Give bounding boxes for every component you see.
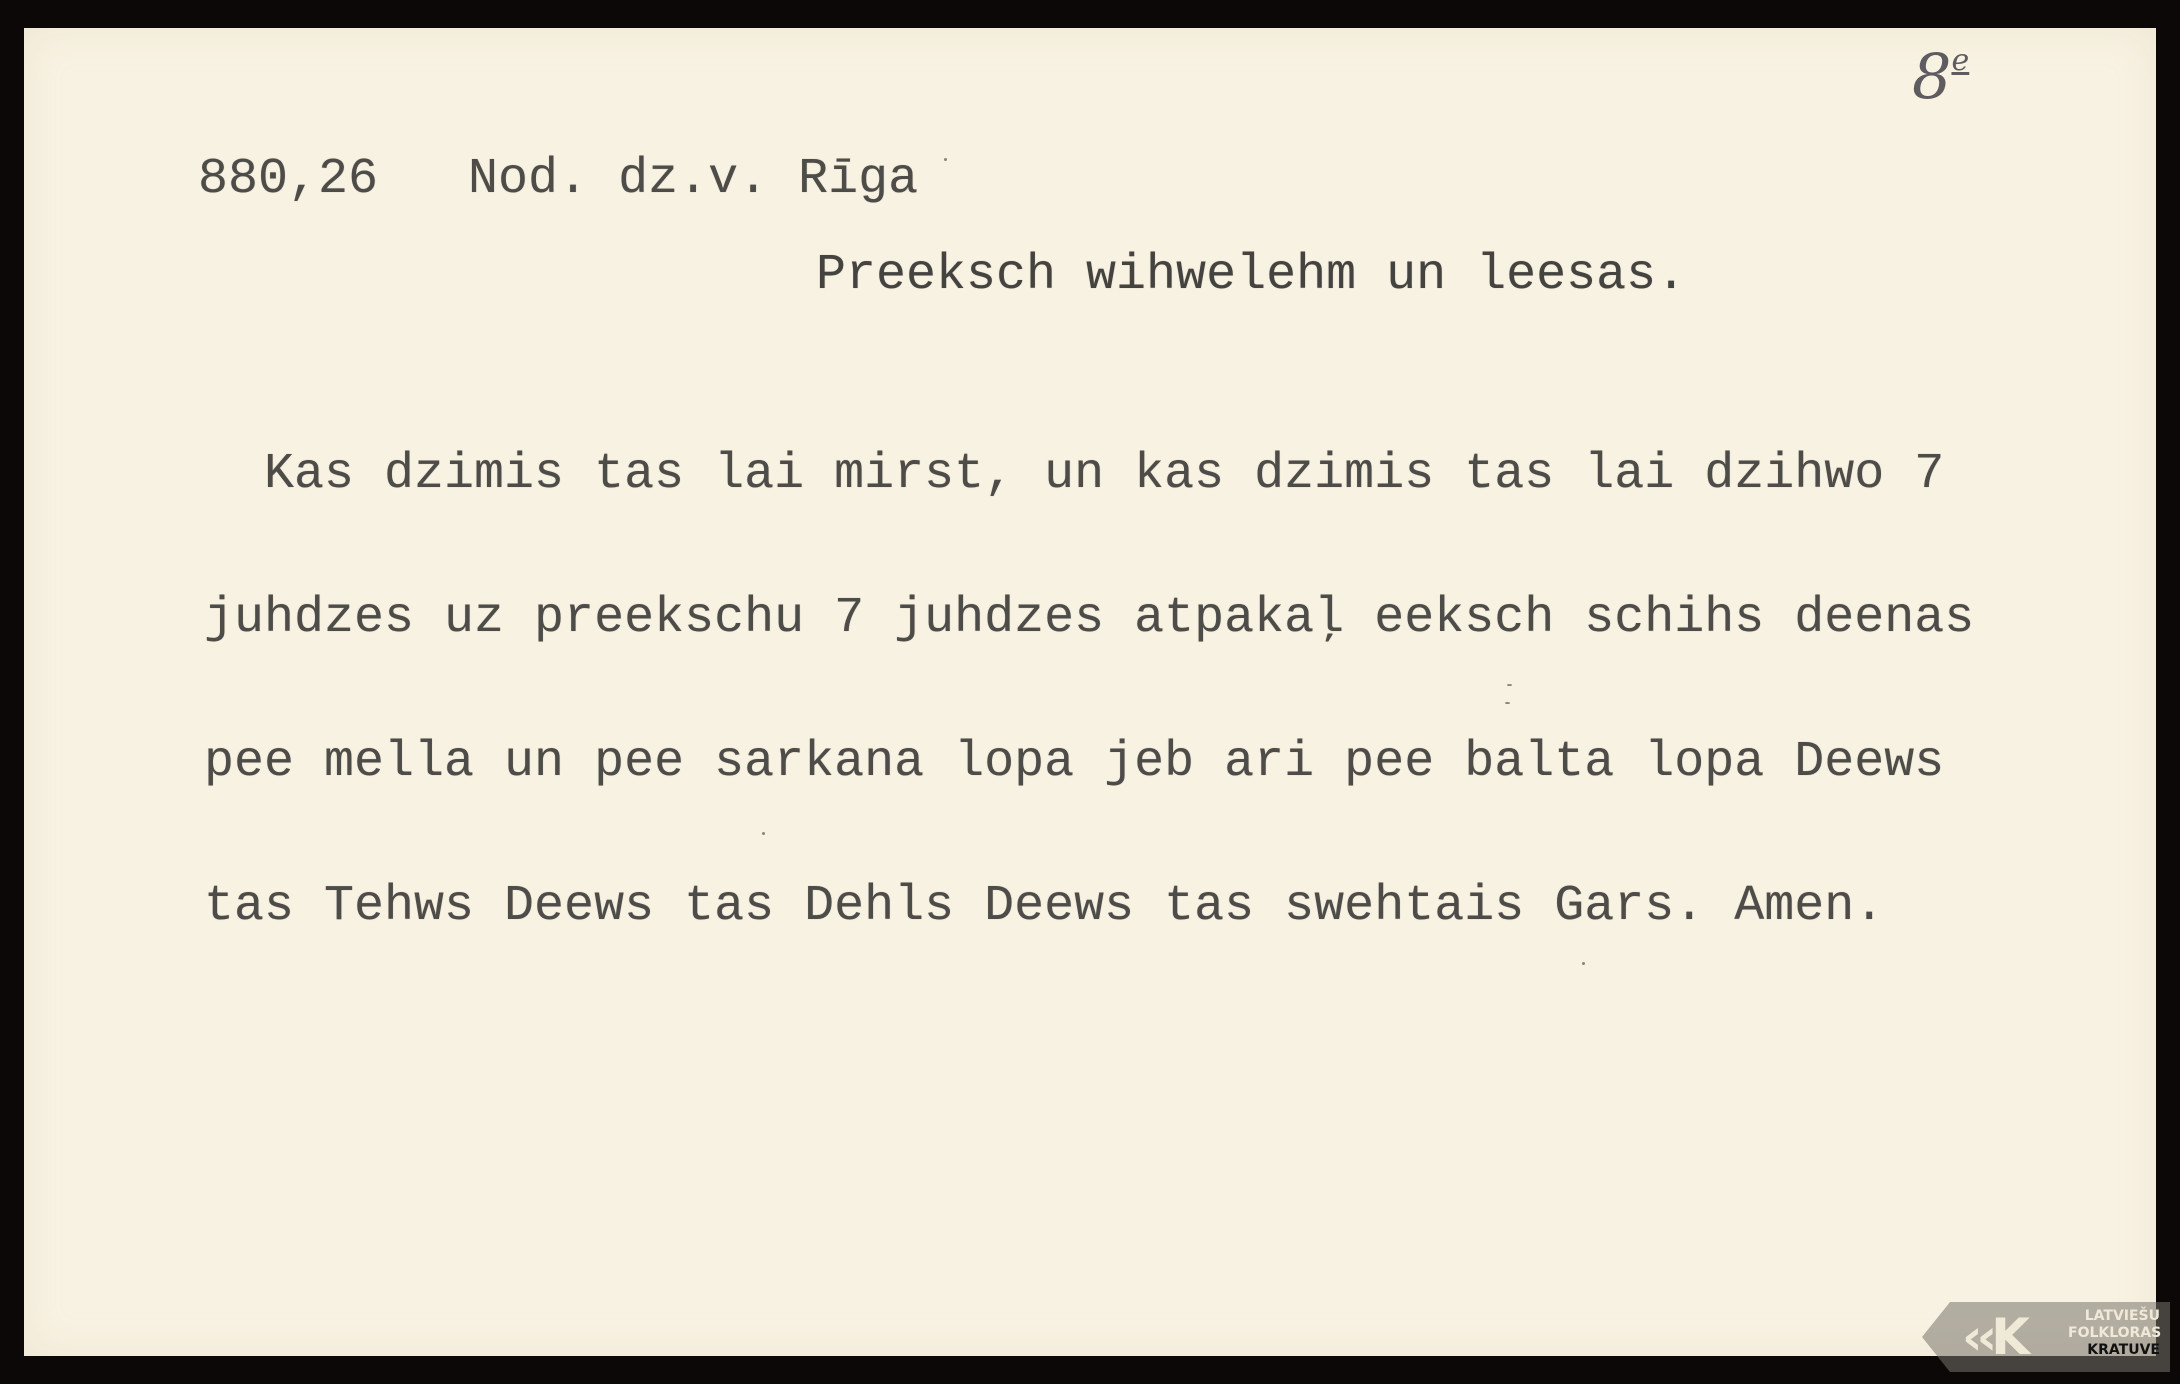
paper-speck [1582, 962, 1585, 965]
paper-speck [762, 832, 765, 835]
location: Nod. dz.v. Rīga [468, 151, 918, 208]
watermark-line2: FOLKLORAS [2068, 1325, 2160, 1342]
paper-speck [1505, 702, 1510, 704]
card-title: Preeksch wihwelehm un leesas. [816, 252, 1686, 300]
catalog-number: 880,26 [198, 151, 378, 208]
watermark-text: LATVIEŠU FOLKLORAS KRATUVE [2068, 1308, 2160, 1359]
handwritten-page-mark: 8e [1912, 40, 1969, 113]
body-line: juhdzes uz preekschu 7 juhdzes atpakaļ e… [204, 595, 1974, 643]
watermark-logo-icon: ‹‹K [1962, 1312, 2024, 1362]
watermark-line3: KRATUVE [2068, 1342, 2160, 1359]
card-body: Kas dzimis tas lai mirst, un kas dzimis … [204, 355, 1974, 979]
watermark-line1: LATVIEŠU [2068, 1308, 2160, 1325]
handwritten-number: 8 [1912, 40, 1951, 113]
body-line: tas Tehws Deews tas Dehls Deews tas sweh… [204, 883, 1974, 931]
handwritten-suffix: e [1951, 43, 1969, 78]
card-header: 880,26 Nod. dz.v. Rīga [198, 156, 918, 204]
paper-speck [944, 158, 947, 161]
body-line: pee mella un pee sarkana lopa jeb ari pe… [204, 739, 1974, 787]
body-line: Kas dzimis tas lai mirst, un kas dzimis … [204, 451, 1974, 499]
paper-speck [1507, 684, 1512, 686]
